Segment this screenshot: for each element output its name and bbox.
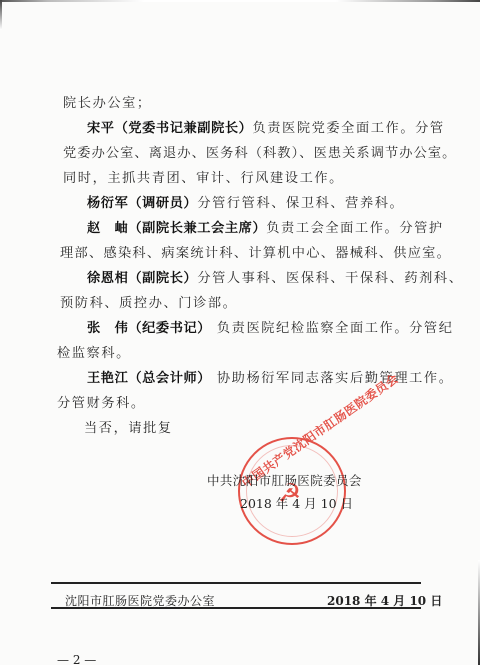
- line-text: 负责医院纪检监察全面工作。分管纪: [211, 321, 453, 336]
- line-text: 理部、感染科、病案统计科、计算机中心、器械科、供应室。: [60, 246, 451, 261]
- text-line: 分管财务科。: [57, 396, 146, 412]
- text-line: 理部、感染科、病案统计科、计算机中心、器械科、供应室。: [60, 246, 451, 262]
- footer-rule-top: [51, 582, 421, 584]
- person-title: 赵 岫（副院长兼工会主席）: [87, 221, 266, 236]
- line-text: 负责医院党委全面工作。分管: [252, 121, 444, 136]
- signature-org: 中共沈阳市肛肠医院委员会: [207, 471, 362, 489]
- paragraph-zhao-xiu: 赵 岫（副院长兼工会主席）负责工会全面工作。分管护: [87, 221, 444, 237]
- official-seal: 中国共产党沈阳市肛肠医院委员会 ☭: [238, 437, 346, 545]
- person-title: 徐恩相（副院长）: [87, 271, 197, 286]
- scan-edge-left: [0, 0, 2, 30]
- scan-edge-top: [0, 0, 480, 2]
- line-text: 分管人事科、医保科、干保科、药剂科、: [197, 271, 463, 286]
- text-line: 同时，主抓共青团、审计、行风建设工作。: [63, 171, 344, 187]
- text-line: 预防科、质控办、门诊部。: [60, 296, 237, 312]
- line-text: 分管财务科。: [57, 396, 146, 411]
- person-title: 宋平（党委书记兼副院长）: [87, 121, 252, 136]
- line-text: 分管行管科、保卫科、营养科。: [197, 196, 404, 211]
- text-line: 检监察科。: [57, 346, 131, 362]
- line-text: 预防科、质控办、门诊部。: [60, 296, 237, 311]
- paragraph-zhang-wei: 张 伟（纪委书记） 负责医院纪检监察全面工作。分管纪: [87, 321, 453, 337]
- person-title: 杨衍军（调研员）: [87, 196, 197, 211]
- line-text: 院长办公室；: [63, 96, 152, 111]
- closing-request: 当否，请批复: [84, 421, 173, 437]
- person-title: 张 伟（纪委书记）: [87, 321, 211, 336]
- page-number: — 2 —: [57, 653, 96, 665]
- text-line: 党委办公室、离退办、医务科（科教）、医患关系调节办公室。: [63, 146, 456, 162]
- paragraph-yang-yanjun: 杨衍军（调研员）分管行管科、保卫科、营养科。: [87, 196, 404, 212]
- text-line: 院长办公室；: [63, 96, 152, 112]
- line-text: 协助杨衍军同志落实后勤管理工作。: [211, 371, 453, 386]
- line-text: 检监察科。: [57, 346, 131, 361]
- paragraph-song-ping: 宋平（党委书记兼副院长）负责医院党委全面工作。分管: [87, 121, 445, 137]
- footer-rule-bottom: [51, 607, 421, 609]
- line-text: 党委办公室、离退办、医务科（科教）、医患关系调节办公室。: [63, 146, 456, 161]
- signature-date: 2018 年 4 月 10 日: [240, 494, 353, 512]
- person-title: 王艳江（总会计师）: [87, 371, 211, 386]
- line-text: 当否，请批复: [84, 421, 173, 436]
- paragraph-xu-enxiang: 徐恩相（副院长）分管人事科、医保科、干保科、药剂科、: [87, 271, 464, 287]
- line-text: 同时，主抓共青团、审计、行风建设工作。: [63, 171, 344, 186]
- line-text: 负责工会全面工作。分管护: [266, 221, 443, 236]
